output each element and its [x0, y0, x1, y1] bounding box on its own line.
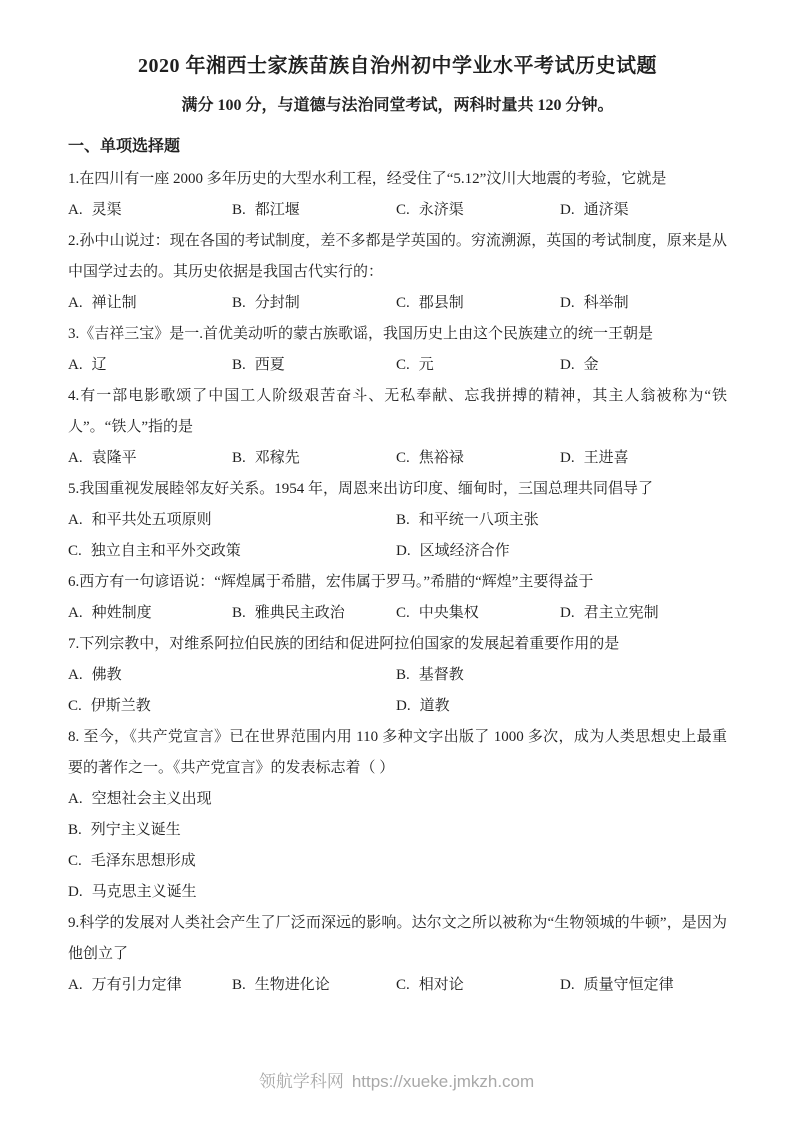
option-c: C.郡县制 — [396, 288, 560, 319]
question-options: A.禅让制B.分封制C.郡县制D.科举制 — [68, 288, 727, 319]
option-text: 质量守恒定律 — [584, 977, 674, 993]
option-b: B.和平统一八项主张 — [396, 505, 727, 536]
option-d: D.金 — [560, 350, 727, 381]
question-stem: 8. 至今，《共产党宣言》已在世界范围内用 110 多种文字出版了 1000 多… — [68, 722, 727, 784]
option-a: A.种姓制度 — [68, 598, 232, 629]
question-1: 1.在四川有一座 2000 多年历史的大型水利工程，经受住了“5.12”汶川大地… — [68, 164, 727, 226]
option-letter: A. — [68, 202, 83, 218]
option-d: D.王进喜 — [560, 443, 727, 474]
option-text: 列宁主义诞生 — [91, 822, 181, 838]
option-letter: D. — [560, 295, 575, 311]
option-letter: D. — [68, 884, 83, 900]
option-d: D.马克思主义诞生 — [68, 877, 727, 908]
option-text: 伊斯兰教 — [91, 698, 151, 714]
question-list: 1.在四川有一座 2000 多年历史的大型水利工程，经受住了“5.12”汶川大地… — [68, 164, 727, 1001]
option-text: 辽 — [92, 357, 107, 373]
question-options: A.和平共处五项原则B.和平统一八项主张C.独立自主和平外交政策D.区域经济合作 — [68, 505, 727, 567]
option-text: 马克思主义诞生 — [92, 884, 197, 900]
option-d: D.质量守恒定律 — [560, 970, 727, 1001]
option-letter: A. — [68, 357, 83, 373]
option-letter: D. — [560, 357, 575, 373]
option-d: D.通济渠 — [560, 195, 727, 226]
question-options: A.灵渠B.都江堰C.永济渠D.通济渠 — [68, 195, 727, 226]
question-stem: 1.在四川有一座 2000 多年历史的大型水利工程，经受住了“5.12”汶川大地… — [68, 164, 727, 195]
question-2: 2.孙中山说过：现在各国的考试制度，差不多都是学英国的。穷流溯源，英国的考试制度… — [68, 226, 727, 319]
option-a: A.万有引力定律 — [68, 970, 232, 1001]
option-c: C.独立自主和平外交政策 — [68, 536, 396, 567]
option-text: 通济渠 — [584, 202, 629, 218]
option-letter: C. — [396, 202, 410, 218]
option-letter: B. — [396, 512, 410, 528]
option-text: 佛教 — [92, 667, 122, 683]
option-letter: A. — [68, 667, 83, 683]
option-c: C.元 — [396, 350, 560, 381]
option-letter: D. — [396, 543, 411, 559]
paper-subtitle: 满分 100 分，与道德与法治同堂考试，两科时量共 120 分钟。 — [68, 94, 727, 118]
option-b: B.列宁主义诞生 — [68, 815, 727, 846]
option-text: 万有引力定律 — [92, 977, 182, 993]
option-letter: C. — [68, 543, 82, 559]
paper-title: 2020 年湘西士家族苗族自治州初中学业水平考试历史试题 — [68, 52, 727, 80]
option-text: 种姓制度 — [92, 605, 152, 621]
option-c: C.中央集权 — [396, 598, 560, 629]
option-d: D.区域经济合作 — [396, 536, 727, 567]
option-text: 区域经济合作 — [420, 543, 510, 559]
option-text: 王进喜 — [584, 450, 629, 466]
option-letter: B. — [232, 357, 246, 373]
question-4: 4.有一部电影歌颂了中国工人阶级艰苦奋斗、无私奉献、忘我拼搏的精神，其主人翁被称… — [68, 381, 727, 474]
question-9: 9.科学的发展对人类社会产生了厂泛而深远的影响。达尔文之所以被称为“生物领城的牛… — [68, 908, 727, 1001]
option-letter: B. — [232, 605, 246, 621]
question-stem: 2.孙中山说过：现在各国的考试制度，差不多都是学英国的。穷流溯源，英国的考试制度… — [68, 226, 727, 288]
option-c: C.焦裕禄 — [396, 443, 560, 474]
option-letter: D. — [560, 605, 575, 621]
option-letter: A. — [68, 977, 83, 993]
question-options: A.袁隆平B.邓稼先C.焦裕禄D.王进喜 — [68, 443, 727, 474]
option-b: B.西夏 — [232, 350, 396, 381]
question-3: 3.《吉祥三宝》是一.首优美动听的蒙古族歌谣，我国历史上由这个民族建立的统一王朝… — [68, 319, 727, 381]
option-a: A.袁隆平 — [68, 443, 232, 474]
option-text: 灵渠 — [92, 202, 122, 218]
question-6: 6.西方有一句谚语说：“辉煌属于希腊，宏伟属于罗马。”希腊的“辉煌”主要得益于A… — [68, 567, 727, 629]
question-stem: 5.我国重视发展睦邻友好关系。1954 年，周恩来出访印度、缅甸时，三国总理共同… — [68, 474, 727, 505]
option-letter: C. — [396, 357, 410, 373]
question-stem: 7.下列宗教中，对维系阿拉伯民族的团结和促进阿拉伯国家的发展起着重要作用的是 — [68, 629, 727, 660]
option-text: 君主立宪制 — [584, 605, 659, 621]
option-letter: C. — [396, 295, 410, 311]
question-options: A.万有引力定律B.生物进化论C.相对论D.质量守恒定律 — [68, 970, 727, 1001]
option-a: A.佛教 — [68, 660, 396, 691]
question-8: 8. 至今，《共产党宣言》已在世界范围内用 110 多种文字出版了 1000 多… — [68, 722, 727, 908]
option-letter: B. — [68, 822, 82, 838]
option-text: 西夏 — [255, 357, 285, 373]
option-letter: D. — [396, 698, 411, 714]
question-stem: 9.科学的发展对人类社会产生了厂泛而深远的影响。达尔文之所以被称为“生物领城的牛… — [68, 908, 727, 970]
question-stem: 3.《吉祥三宝》是一.首优美动听的蒙古族歌谣，我国历史上由这个民族建立的统一王朝… — [68, 319, 727, 350]
option-d: D.道教 — [396, 691, 727, 722]
option-b: B.雅典民主政治 — [232, 598, 396, 629]
option-b: B.分封制 — [232, 288, 396, 319]
question-options: A.种姓制度B.雅典民主政治C.中央集权D.君主立宪制 — [68, 598, 727, 629]
option-text: 生物进化论 — [255, 977, 330, 993]
option-a: A.和平共处五项原则 — [68, 505, 396, 536]
question-stem: 6.西方有一句谚语说：“辉煌属于希腊，宏伟属于罗马。”希腊的“辉煌”主要得益于 — [68, 567, 727, 598]
option-letter: A. — [68, 295, 83, 311]
exam-paper-page: 2020 年湘西士家族苗族自治州初中学业水平考试历史试题 满分 100 分，与道… — [0, 0, 793, 1122]
option-text: 袁隆平 — [92, 450, 137, 466]
option-text: 焦裕禄 — [419, 450, 464, 466]
option-text: 中央集权 — [419, 605, 479, 621]
option-c: C.毛泽东思想形成 — [68, 846, 727, 877]
option-letter: D. — [560, 977, 575, 993]
option-letter: C. — [68, 853, 82, 869]
watermark-site-name: 领航学科网 — [259, 1072, 344, 1091]
option-letter: A. — [68, 512, 83, 528]
option-text: 都江堰 — [255, 202, 300, 218]
option-text: 雅典民主政治 — [255, 605, 345, 621]
option-letter: C. — [396, 605, 410, 621]
option-letter: C. — [68, 698, 82, 714]
question-7: 7.下列宗教中，对维系阿拉伯民族的团结和促进阿拉伯国家的发展起着重要作用的是A.… — [68, 629, 727, 722]
option-b: B.都江堰 — [232, 195, 396, 226]
option-d: D.君主立宪制 — [560, 598, 727, 629]
option-letter: D. — [560, 202, 575, 218]
option-text: 和平统一八项主张 — [419, 512, 539, 528]
option-letter: C. — [396, 450, 410, 466]
option-letter: A. — [68, 791, 83, 807]
option-b: B.基督教 — [396, 660, 727, 691]
option-c: C.相对论 — [396, 970, 560, 1001]
option-text: 相对论 — [419, 977, 464, 993]
question-stem: 4.有一部电影歌颂了中国工人阶级艰苦奋斗、无私奉献、忘我拼搏的精神，其主人翁被称… — [68, 381, 727, 443]
option-letter: B. — [396, 667, 410, 683]
option-text: 科举制 — [584, 295, 629, 311]
option-text: 金 — [584, 357, 599, 373]
option-letter: B. — [232, 977, 246, 993]
paper-content: 2020 年湘西士家族苗族自治州初中学业水平考试历史试题 满分 100 分，与道… — [0, 0, 793, 1001]
question-5: 5.我国重视发展睦邻友好关系。1954 年，周恩来出访印度、缅甸时，三国总理共同… — [68, 474, 727, 567]
option-letter: D. — [560, 450, 575, 466]
option-a: A.辽 — [68, 350, 232, 381]
option-text: 禅让制 — [92, 295, 137, 311]
option-letter: A. — [68, 605, 83, 621]
option-text: 基督教 — [419, 667, 464, 683]
option-letter: B. — [232, 202, 246, 218]
question-options: A.佛教B.基督教C.伊斯兰教D.道教 — [68, 660, 727, 722]
option-text: 分封制 — [255, 295, 300, 311]
option-letter: B. — [232, 295, 246, 311]
option-letter: C. — [396, 977, 410, 993]
option-d: D.科举制 — [560, 288, 727, 319]
option-letter: A. — [68, 450, 83, 466]
option-c: C.伊斯兰教 — [68, 691, 396, 722]
watermark: 领航学科网https://xueke.jmkzh.com — [0, 1070, 793, 1094]
section-heading: 一、单项选择题 — [68, 134, 727, 160]
option-letter: B. — [232, 450, 246, 466]
option-a: A.禅让制 — [68, 288, 232, 319]
option-text: 郡县制 — [419, 295, 464, 311]
option-a: A.灵渠 — [68, 195, 232, 226]
option-b: B.生物进化论 — [232, 970, 396, 1001]
watermark-url: https://xueke.jmkzh.com — [352, 1072, 534, 1091]
option-c: C.永济渠 — [396, 195, 560, 226]
option-text: 元 — [419, 357, 434, 373]
option-text: 永济渠 — [419, 202, 464, 218]
option-a: A.空想社会主义出现 — [68, 784, 727, 815]
question-options: A.空想社会主义出现B.列宁主义诞生C.毛泽东思想形成D.马克思主义诞生 — [68, 784, 727, 908]
option-b: B.邓稼先 — [232, 443, 396, 474]
option-text: 道教 — [420, 698, 450, 714]
option-text: 邓稼先 — [255, 450, 300, 466]
option-text: 和平共处五项原则 — [92, 512, 212, 528]
question-options: A.辽B.西夏C.元D.金 — [68, 350, 727, 381]
option-text: 独立自主和平外交政策 — [91, 543, 241, 559]
option-text: 毛泽东思想形成 — [91, 853, 196, 869]
option-text: 空想社会主义出现 — [92, 791, 212, 807]
